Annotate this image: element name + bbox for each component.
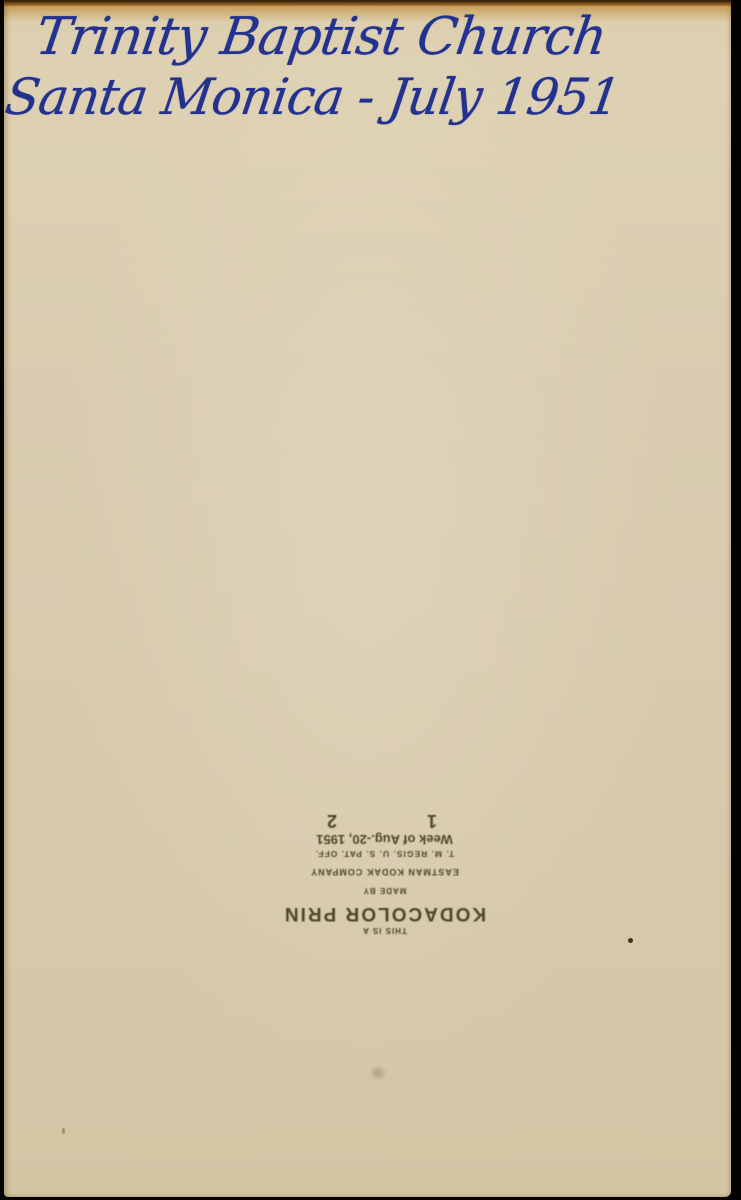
- stamp-made-by: MADE BY: [262, 886, 507, 895]
- ink-speck: [628, 938, 633, 943]
- stamp-week: Week of Aug.-20, 1951: [262, 832, 507, 847]
- stamp-number-2: 2: [327, 810, 337, 831]
- stamp-numbers: 1 2: [262, 811, 507, 831]
- smudge: [372, 1068, 384, 1078]
- stamp-trademark: T. M. REGIS. U. S. PAT. OFF.: [262, 849, 507, 859]
- speck: [62, 1128, 65, 1134]
- photo-back: Trinity Baptist Church Santa Monica - Ju…: [4, 0, 731, 1197]
- inscription-line-2: Santa Monica - July 1951: [2, 68, 710, 126]
- stamp-this-is: THIS IS A: [262, 926, 507, 935]
- top-edge-shadow: [4, 0, 731, 6]
- stamp-number-1: 1: [427, 810, 437, 831]
- kodak-print-stamp: THIS IS A KODACOLOR PRIN MADE BY EASTMAN…: [262, 778, 507, 938]
- handwritten-inscription: Trinity Baptist Church Santa Monica - Ju…: [2, 8, 719, 126]
- background-edge: [731, 0, 741, 1200]
- stamp-company: EASTMAN KODAK COMPANY: [262, 867, 507, 877]
- stamp-product: KODACOLOR PRIN: [262, 902, 507, 924]
- inscription-line-1: Trinity Baptist Church: [10, 8, 718, 66]
